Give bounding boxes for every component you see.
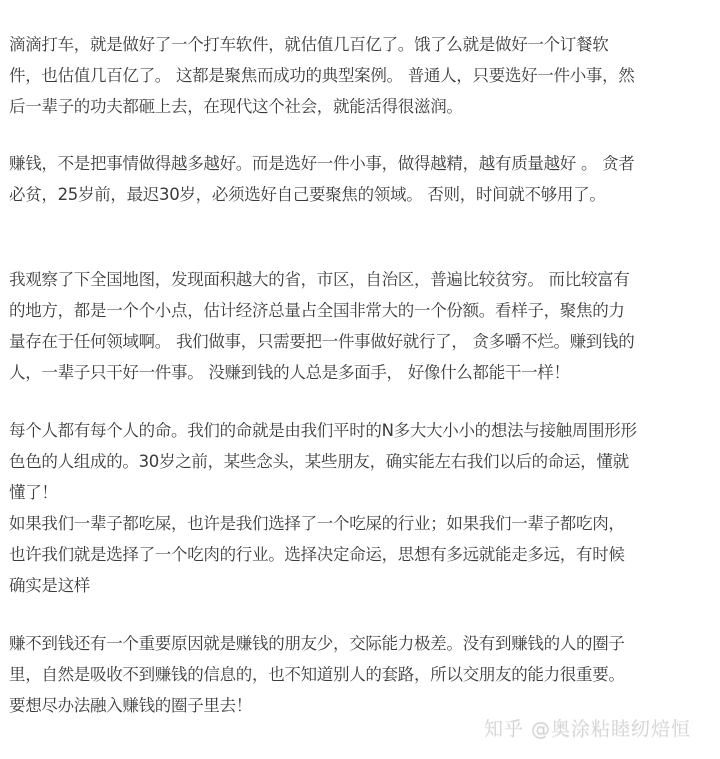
paragraph-3: 我观察了下全国地图，发现面积越大的省，市区，自治区，普遍比较贫穷。 而比较富有 …: [9, 264, 715, 388]
text-line: 后一辈子的功夫都砸上去，在现代这个社会，就能活得很滋润。: [9, 91, 715, 122]
paragraph-1: 滴滴打车，就是做好了一个打车软件，就估值几百亿了。饿了么就是做好一个订餐软 件，…: [9, 29, 715, 122]
text-line: 的地方，都是一个个小点，估计经济总量占全国非常大的一个份额。看样子，聚焦的力: [9, 295, 715, 326]
text-line: 也许我们就是选择了一个吃肉的行业。选择决定命运，思想有多远就能走多远，有时候: [9, 539, 715, 570]
article-body: 滴滴打车，就是做好了一个打车软件，就估值几百亿了。饿了么就是做好一个订餐软 件，…: [9, 29, 715, 721]
text-line: 每个人都有每个人的命。我们的命就是由我们平时的N多大大小小的想法与接触周围形形: [9, 415, 715, 446]
paragraph-4: 每个人都有每个人的命。我们的命就是由我们平时的N多大大小小的想法与接触周围形形 …: [9, 415, 715, 601]
text-line: 赚不到钱还有一个重要原因就是赚钱的朋友少，交际能力极差。没有到赚钱的人的圈子: [9, 628, 715, 659]
paragraph-5: 赚不到钱还有一个重要原因就是赚钱的朋友少，交际能力极差。没有到赚钱的人的圈子 里…: [9, 628, 715, 721]
text-line: 滴滴打车，就是做好了一个打车软件，就估值几百亿了。饿了么就是做好一个订餐软: [9, 29, 715, 60]
text-line: 我观察了下全国地图，发现面积越大的省，市区，自治区，普遍比较贫穷。 而比较富有: [9, 264, 715, 295]
text-line: 件，也估值几百亿了。 这都是聚焦而成功的典型案例。 普通人，只要选好一件小事，然: [9, 60, 715, 91]
paragraph-spacer: [9, 122, 715, 148]
text-line: 量存在于任何领域啊。 我们做事，只需要把一件事做好就行了， 贪多嚼不烂。赚到钱的: [9, 326, 715, 357]
paragraph-2: 赚钱，不是把事情做得越多越好。而是选好一件小事，做得越精，越有质量越好 。 贪者…: [9, 148, 715, 210]
paragraph-spacer: [9, 388, 715, 415]
text-line: 人，一辈子只干好一件事。 没赚到钱的人总是多面手， 好像什么都能干一样！: [9, 357, 715, 388]
text-line: 里，自然是吸收不到赚钱的信息的，也不知道别人的套路，所以交朋友的能力很重要。: [9, 659, 715, 690]
text-line: 赚钱，不是把事情做得越多越好。而是选好一件小事，做得越精，越有质量越好 。 贪者: [9, 148, 715, 179]
paragraph-spacer: [9, 210, 715, 264]
text-line: 确实是这样: [9, 570, 715, 601]
paragraph-spacer: [9, 601, 715, 628]
text-line: 如果我们一辈子都吃屎，也许是我们选择了一个吃屎的行业；如果我们一辈子都吃肉，: [9, 508, 715, 539]
zhihu-watermark: 知乎 @奥涂粘睦纫焙恒: [484, 714, 691, 741]
text-line: 色色的人组成的。30岁之前，某些念头，某些朋友，确实能左右我们以后的命运，懂就: [9, 446, 715, 477]
text-line: 必贫，25岁前，最迟30岁，必须选好自己要聚焦的领域。 否则，时间就不够用了。: [9, 179, 715, 210]
text-line: 懂了！: [9, 477, 715, 508]
